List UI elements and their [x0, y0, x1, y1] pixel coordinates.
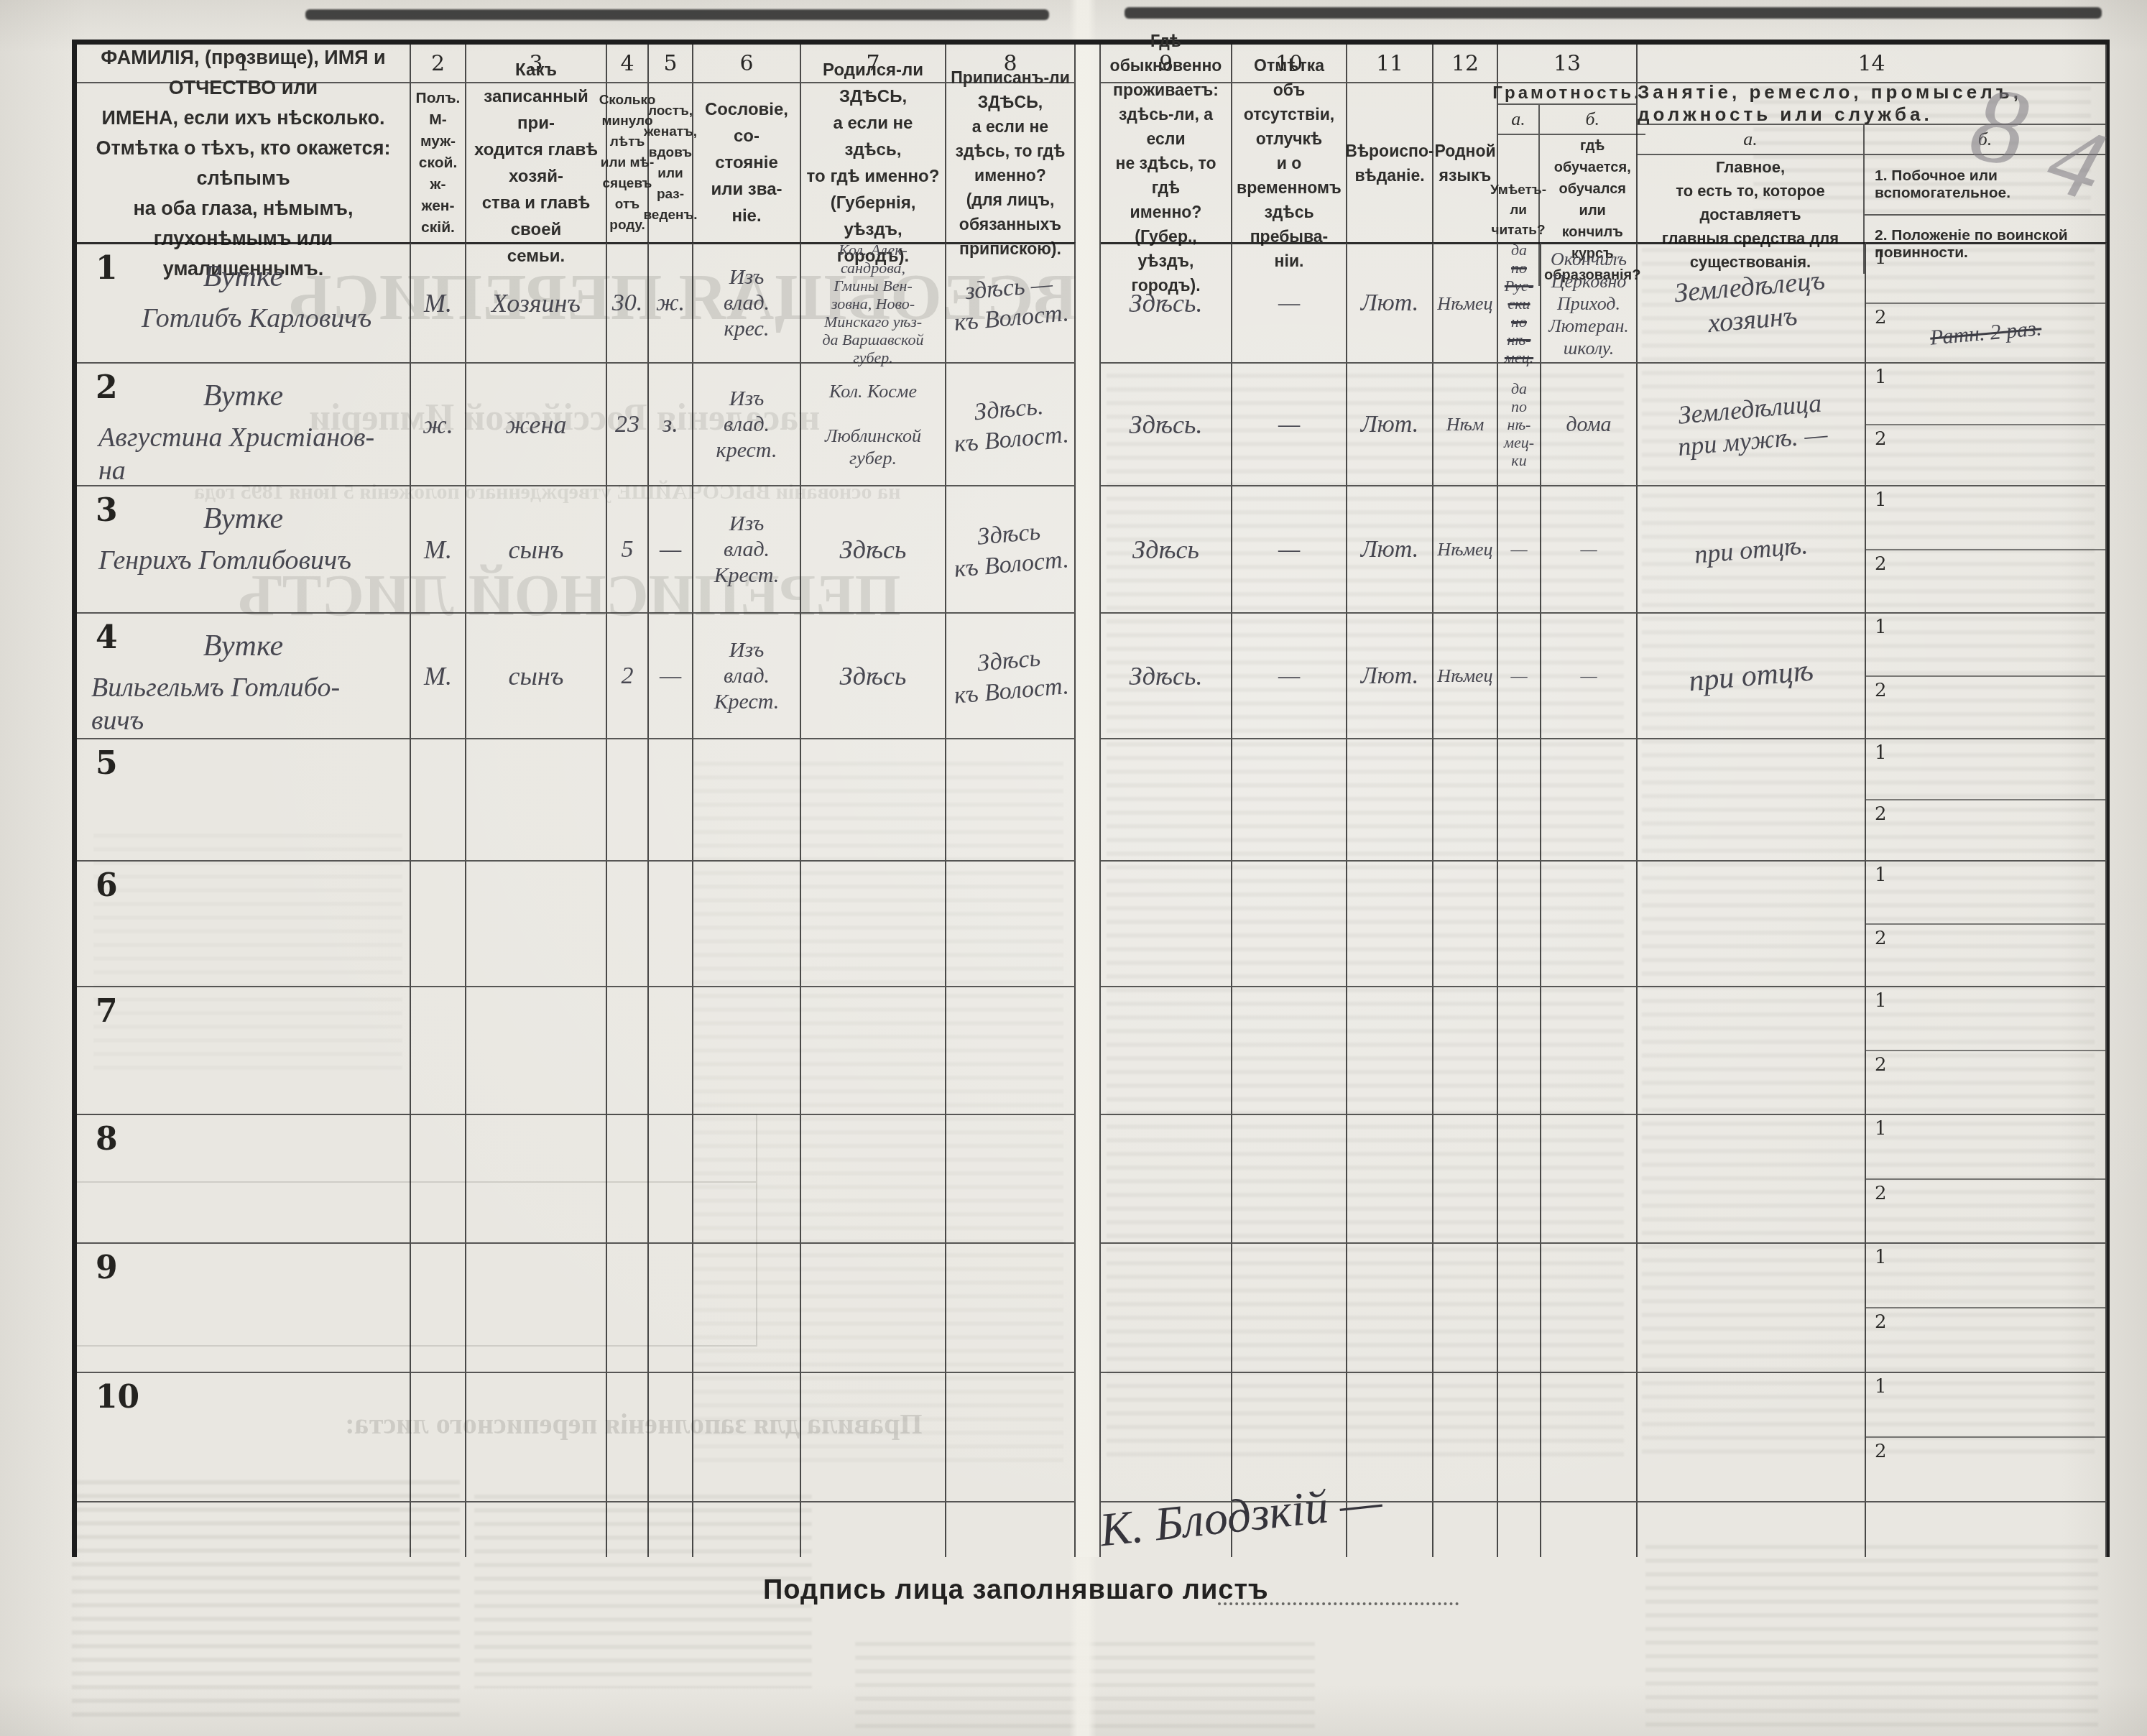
- name-cell: 4 Вутке Вильгельмъ Готлибо- вичъ: [77, 612, 411, 738]
- side-occupation-slot: 1: [1866, 614, 2105, 677]
- side-occupation-slot: 1: [1866, 244, 2105, 304]
- empty-cell: [1232, 1242, 1347, 1372]
- empty-cell: [1433, 738, 1498, 860]
- age-cell: 2: [607, 612, 649, 738]
- language-cell: Нѣмец: [1433, 612, 1498, 738]
- registered-cell: здѣсь — къ Волост.: [946, 242, 1076, 362]
- header-registered: Приписанъ-ли ЗДѢСЬ, а если не здѣсь, то …: [946, 82, 1076, 242]
- slot-label-2: 2: [1875, 1441, 1887, 1462]
- absence-value: —: [1278, 410, 1300, 440]
- empty-cell: [1433, 860, 1498, 986]
- empty-cell: [1101, 860, 1232, 986]
- language-cell: Нѣм: [1433, 362, 1498, 485]
- slot-label-1: 1: [1875, 247, 1887, 269]
- col-num-4: 4: [607, 45, 649, 82]
- empty-cell: [1541, 1242, 1638, 1372]
- header-birthplace: Родился-ли ЗДѢСЬ, а если не здѣсь, то гд…: [801, 82, 946, 242]
- header-row: ФАМИЛІЯ, (прозвище), ИМЯ и ОТЧЕСТВО или …: [77, 82, 2107, 242]
- empty-cell: [693, 860, 801, 986]
- side-occupation-slot: 1: [1866, 987, 2105, 1051]
- empty-cell: [693, 738, 801, 860]
- language-value: Нѣмец: [1437, 292, 1492, 315]
- empty-cell: [801, 1372, 946, 1501]
- relation-value: сынъ: [509, 534, 564, 565]
- literacy-a-label: а.: [1498, 105, 1538, 135]
- slot-label-2: 2: [1875, 928, 1887, 949]
- military-status-slot: 2: [1866, 1051, 2105, 1114]
- fold-gap-cell: [1076, 1114, 1101, 1242]
- header-age: Сколько минуло лѣтъ или мѣ- сяцевъ отъ р…: [607, 82, 649, 242]
- empty-cell: [1101, 1114, 1232, 1242]
- literacy-read-cell: —: [1498, 612, 1541, 738]
- empty-cell: [1433, 1242, 1498, 1372]
- literacy-school-value: дома: [1566, 412, 1611, 438]
- scan-edge-smudge: [1125, 7, 2102, 19]
- empty-cell: [411, 1372, 466, 1501]
- occupation-main-value: при отцѣ: [1687, 652, 1815, 699]
- occupation-main-cell: Земледѣлица при мужѣ. —: [1638, 362, 1866, 485]
- name-cell: 5: [77, 738, 411, 860]
- literacy-title: Грамотность.: [1498, 83, 1636, 105]
- absence-value: —: [1278, 288, 1300, 318]
- empty-cell: [411, 986, 466, 1114]
- fold-gap-cell: [1076, 242, 1101, 362]
- name-cell: 8: [77, 1114, 411, 1242]
- age-cell: 30.: [607, 242, 649, 362]
- slot-label-2: 2: [1875, 1054, 1887, 1076]
- language-value: Нѣмец: [1437, 538, 1492, 560]
- occupation-side-cell: 12: [1866, 860, 2107, 986]
- language-value: Нѣм: [1446, 413, 1485, 435]
- fold-gap-cell: [1076, 1501, 1101, 1557]
- col-num-5: 5: [649, 45, 693, 82]
- header-occupation: Занятіе, ремесло, промыселъ, должность и…: [1638, 82, 2107, 242]
- empty-cell: [649, 1242, 693, 1372]
- language-value: Нѣмец: [1437, 665, 1492, 687]
- row-number: 8: [96, 1121, 118, 1158]
- registered-value: Здѣсь. къ Волост.: [951, 389, 1070, 460]
- occupation-side-cell: 1 2Ратн. 2 раз.: [1866, 242, 2107, 362]
- absence-value: —: [1278, 535, 1300, 565]
- sex-cell: М.: [411, 612, 466, 738]
- literacy-read-value: —: [1510, 538, 1527, 560]
- language-cell: Нѣмец: [1433, 485, 1498, 612]
- relation-cell: сынъ: [466, 612, 607, 738]
- empty-cell: [1101, 986, 1232, 1114]
- slot-label-1: 1: [1875, 1376, 1887, 1398]
- header-estate: Сословіе, со- стояніе или зва- ніе.: [693, 82, 801, 242]
- empty-cell: [946, 860, 1076, 986]
- literacy-school-cell: Окончилъ Церковно Приход. Лютеран. школу…: [1541, 242, 1638, 362]
- military-status-slot: 2: [1866, 1308, 2105, 1372]
- sex-value: М.: [424, 534, 452, 565]
- empty-cell: [801, 1501, 946, 1557]
- sex-value: М.: [424, 287, 452, 319]
- sex-value: ж.: [423, 409, 453, 440]
- language-cell: Нѣмец: [1433, 242, 1498, 362]
- side-occupation-slot: 1: [1866, 364, 2105, 425]
- absence-cell: —: [1232, 362, 1347, 485]
- empty-cell: [607, 1501, 649, 1557]
- birthplace-cell: Здѣсь: [801, 612, 946, 738]
- name-cell: 7: [77, 986, 411, 1114]
- literacy-read-cell: —: [1498, 485, 1541, 612]
- occupation-a-label: а.: [1638, 125, 1863, 155]
- slot-label-2: 2: [1875, 307, 1887, 328]
- empty-cell: [607, 860, 649, 986]
- person-row-3: 3 Вутке Генрихъ Готлибовичъ М. сынъ 5 — …: [77, 485, 2107, 612]
- empty-cell: [1232, 738, 1347, 860]
- person-row-1: 1 Вутке Готлибъ Карловичъ М. Хозяинъ 30.…: [77, 242, 2107, 362]
- slot-label-2: 2: [1875, 1183, 1887, 1204]
- relation-value: Хозяинъ: [491, 287, 581, 319]
- literacy-b-label: б.: [1540, 105, 1645, 135]
- empty-cell: [1638, 738, 1866, 860]
- empty-cell: [411, 860, 466, 986]
- empty-cell: [946, 1372, 1076, 1501]
- person-row-8: 8 12: [77, 1114, 2107, 1242]
- estate-value: Изъ влад. Крест.: [714, 511, 780, 588]
- empty-cell: [693, 1372, 801, 1501]
- literacy-school-value: —: [1580, 538, 1597, 560]
- slot-label-2: 2: [1875, 428, 1887, 450]
- side-occupation-slot: 1: [1866, 1244, 2105, 1308]
- empty-cell: [1232, 986, 1347, 1114]
- fold-gap-cell: [1076, 45, 1101, 82]
- ghost-text-block: [1645, 1545, 2098, 1732]
- estate-cell: Изъ влад. Крест.: [693, 612, 801, 738]
- col-num-14: 14: [1638, 45, 2107, 82]
- residence-value: Здѣсь.: [1130, 660, 1203, 692]
- empty-cell: [801, 860, 946, 986]
- empty-cell: [693, 1501, 801, 1557]
- literacy-read-value: —: [1510, 665, 1527, 687]
- slot-label-1: 1: [1875, 489, 1887, 511]
- empty-cell: [693, 986, 801, 1114]
- occupation-main-cell: при отцѣ: [1638, 612, 1866, 738]
- empty-cell: [1498, 986, 1541, 1114]
- marital-value: ж.: [656, 288, 685, 318]
- marital-value: —: [660, 661, 681, 691]
- sex-cell: М.: [411, 242, 466, 362]
- table-tail-band: [77, 1501, 2107, 1557]
- literacy-school-value: Окончилъ Церковно Приход. Лютеран. школу…: [1548, 248, 1629, 359]
- sex-value: М.: [424, 660, 452, 692]
- census-sheet-scan: { "pencil": {"d1": "8", "d2": "4"}, "gho…: [0, 0, 2147, 1736]
- empty-cell: [1433, 1372, 1498, 1501]
- fold-gap-cell: [1076, 612, 1101, 738]
- literacy-school-cell: —: [1541, 612, 1638, 738]
- military-status-value: Ратн. 2 раз.: [1929, 315, 2043, 351]
- estate-value: Изъ влад. Крест.: [714, 637, 780, 715]
- religion-value: Лют.: [1361, 535, 1418, 565]
- occupation-side-cell: 12: [1866, 1372, 2107, 1501]
- birthplace-cell: Кол. Алек- сандрова, Гмины Вен- зовна, Н…: [801, 242, 946, 362]
- side-occupation-slot: 1: [1866, 862, 2105, 925]
- occupation-side-cell: 1 2: [1866, 612, 2107, 738]
- occupation-main-cell: Земледѣлецъ хозяинъ: [1638, 242, 1866, 362]
- occupation-main-cell: при отцѣ.: [1638, 485, 1866, 612]
- empty-cell: [1541, 738, 1638, 860]
- age-value: 30.: [612, 288, 643, 318]
- military-status-slot: 2: [1866, 1180, 2105, 1243]
- registered-cell: Здѣсь къ Волост.: [946, 485, 1076, 612]
- age-value: 2: [622, 661, 634, 691]
- empty-cell: [1638, 1242, 1866, 1372]
- empty-cell: [801, 1114, 946, 1242]
- empty-cell: [1638, 860, 1866, 986]
- row-number: 1: [96, 250, 118, 287]
- religion-cell: Лют.: [1347, 612, 1433, 738]
- header-language: Родной языкъ: [1433, 82, 1498, 242]
- occupation-main-value: Земледѣлецъ хозяинъ: [1673, 264, 1829, 343]
- absence-cell: —: [1232, 485, 1347, 612]
- religion-cell: Лют.: [1347, 362, 1433, 485]
- empty-cell: [1347, 986, 1433, 1114]
- residence-value: Здѣсь.: [1130, 287, 1203, 319]
- religion-value: Лют.: [1361, 410, 1418, 440]
- given-name-handwriting: Августина Христіанов- на: [77, 421, 410, 487]
- relation-value: сынъ: [509, 660, 564, 692]
- name-cell: 6: [77, 860, 411, 986]
- given-name-handwriting: Генрихъ Готлибовичъ: [77, 544, 410, 577]
- surname-handwriting: Вутке: [77, 259, 410, 295]
- empty-cell: [1541, 1501, 1638, 1557]
- surname-handwriting: Вутке: [77, 501, 410, 537]
- row-number: 3: [96, 492, 118, 529]
- empty-cell: [1498, 738, 1541, 860]
- empty-cell: [1498, 1372, 1541, 1501]
- occupation-main-value: Земледѣлица при мужѣ. —: [1673, 387, 1828, 463]
- religion-cell: Лют.: [1347, 242, 1433, 362]
- slot-label-1: 1: [1875, 366, 1887, 388]
- name-cell: 9: [77, 1242, 411, 1372]
- col-num-6: 6: [693, 45, 801, 82]
- military-status-slot: 2: [1866, 425, 2105, 486]
- slot-label-2: 2: [1875, 680, 1887, 701]
- slot-label-2: 2: [1875, 553, 1887, 575]
- residence-value: Здѣсь.: [1130, 409, 1203, 440]
- empty-cell: [1498, 1501, 1541, 1557]
- absence-cell: —: [1232, 612, 1347, 738]
- empty-cell: [607, 738, 649, 860]
- slot-label-1: 1: [1875, 742, 1887, 764]
- estate-cell: Изъ влад. крес.: [693, 242, 801, 362]
- military-status-slot: 2: [1866, 550, 2105, 613]
- military-status-slot: 2: [1866, 677, 2105, 739]
- residence-cell: Здѣсь.: [1101, 612, 1232, 738]
- marital-value: з.: [662, 410, 678, 440]
- literacy-read-value: да по Рус- ски но нѣ- мец.: [1505, 241, 1533, 366]
- empty-cell: [466, 1372, 607, 1501]
- sex-cell: М.: [411, 485, 466, 612]
- person-row-6: 6 12: [77, 860, 2107, 986]
- col-num-11: 11: [1347, 45, 1433, 82]
- empty-cell: [1498, 1114, 1541, 1242]
- empty-cell: [1433, 1501, 1498, 1557]
- slot-label-1: 1: [1875, 990, 1887, 1012]
- empty-cell: [946, 1242, 1076, 1372]
- fold-gap-cell: [1076, 986, 1101, 1114]
- empty-cell: [946, 1114, 1076, 1242]
- empty-cell: [1541, 986, 1638, 1114]
- name-cell: 2 Вутке Августина Христіанов- на: [77, 362, 411, 485]
- empty-cell: [466, 860, 607, 986]
- empty-cell: [1638, 1501, 1866, 1557]
- surname-handwriting: Вутке: [77, 628, 410, 664]
- occupation-side-cell: 12: [1866, 1114, 2107, 1242]
- relation-cell: Хозяинъ: [466, 242, 607, 362]
- empty-cell: [649, 738, 693, 860]
- empty-cell: [801, 738, 946, 860]
- side-occupation-slot: 1: [1866, 486, 2105, 550]
- occupation-title: Занятіе, ремесло, промыселъ, должность и…: [1638, 83, 2105, 125]
- empty-cell: [607, 1372, 649, 1501]
- birthplace-cell: Здѣсь: [801, 485, 946, 612]
- slot-label-2: 2: [1875, 803, 1887, 825]
- empty-cell: [1498, 860, 1541, 986]
- header-name: ФАМИЛІЯ, (прозвище), ИМЯ и ОТЧЕСТВО или …: [77, 82, 411, 242]
- name-cell: 3 Вутке Генрихъ Готлибовичъ: [77, 485, 411, 612]
- empty-cell: [1541, 860, 1638, 986]
- side-occupation-slot: 1: [1866, 1373, 2105, 1438]
- empty-cell: [466, 1242, 607, 1372]
- relation-value: жена: [506, 409, 567, 440]
- empty-cell: [1347, 1114, 1433, 1242]
- occupation-side-cell: 1 2: [1866, 485, 2107, 612]
- row-number: 10: [96, 1379, 139, 1416]
- empty-cell: [946, 738, 1076, 860]
- empty-cell: [649, 1501, 693, 1557]
- marital-cell: з.: [649, 362, 693, 485]
- birthplace-value: Кол. Алек- сандрова, Гмины Вен- зовна, Н…: [822, 241, 923, 366]
- age-value: 5: [622, 535, 634, 565]
- empty-cell: [649, 1372, 693, 1501]
- residence-cell: Здѣсь: [1101, 485, 1232, 612]
- header-literacy: Грамотность. а. Умѣетъ- ли читать? б. гд…: [1498, 82, 1638, 242]
- absence-cell: —: [1232, 242, 1347, 362]
- birthplace-cell: Кол. Косме Люблинской губер.: [801, 362, 946, 485]
- marital-value: —: [660, 535, 681, 565]
- registered-cell: Здѣсь къ Волост.: [946, 612, 1076, 738]
- empty-cell: [77, 1501, 411, 1557]
- literacy-struck-text: по Рус- ски но нѣ- мец.: [1505, 259, 1533, 366]
- age-cell: 23: [607, 362, 649, 485]
- occupation-side-cell: 1 2: [1866, 362, 2107, 485]
- estate-cell: Изъ влад. крест.: [693, 362, 801, 485]
- empty-cell: [1638, 1114, 1866, 1242]
- marital-cell: —: [649, 485, 693, 612]
- military-status-slot: 2: [1866, 800, 2105, 860]
- literacy-school-value: —: [1580, 665, 1597, 687]
- occupation-side-cell: 12: [1866, 1242, 2107, 1372]
- census-table: 1 2 3 4 5 6 7 8 9 10 11 12 13 14 ФАМИЛІЯ…: [72, 40, 2110, 1557]
- col-num-12: 12: [1433, 45, 1498, 82]
- registered-value: здѣсь — къ Волост.: [951, 268, 1070, 338]
- empty-cell: [1347, 860, 1433, 986]
- row-number: 4: [96, 619, 118, 656]
- empty-cell: [801, 986, 946, 1114]
- empty-cell: [1433, 986, 1498, 1114]
- occupation-side-cell: 12: [1866, 738, 2107, 860]
- header-sex: Полъ. М-муж- ской. ж-жен- скій.: [411, 82, 466, 242]
- empty-cell: [946, 1501, 1076, 1557]
- empty-cell: [466, 986, 607, 1114]
- fold-gap-cell: [1076, 82, 1101, 242]
- fold-gap-cell: [1076, 860, 1101, 986]
- empty-cell: [466, 1501, 607, 1557]
- registered-value: Здѣсь къ Волост.: [951, 514, 1070, 585]
- col-num-13: 13: [1498, 45, 1638, 82]
- fold-gap-cell: [1076, 485, 1101, 612]
- military-status-slot: 2Ратн. 2 раз.: [1866, 304, 2105, 362]
- literacy-school-cell: дома: [1541, 362, 1638, 485]
- row-number: 6: [96, 867, 118, 904]
- literacy-school-cell: —: [1541, 485, 1638, 612]
- estate-value: Изъ влад. крест.: [716, 386, 777, 463]
- empty-cell: [693, 1242, 801, 1372]
- empty-cell: [411, 738, 466, 860]
- empty-cell: [411, 1242, 466, 1372]
- literacy-yes: да: [1511, 241, 1527, 259]
- estate-value: Изъ влад. крес.: [724, 264, 770, 342]
- fold-gap-cell: [1076, 738, 1101, 860]
- empty-cell: [466, 1114, 607, 1242]
- row-number: 2: [96, 369, 118, 406]
- religion-value: Лют.: [1361, 661, 1418, 691]
- empty-cell: [1232, 860, 1347, 986]
- scan-edge-smudge: [305, 9, 1049, 20]
- given-name-handwriting: Вильгельмъ Готлибо- вичъ: [77, 671, 410, 737]
- side-occupation-slot: 1: [1866, 1115, 2105, 1180]
- sex-cell: ж.: [411, 362, 466, 485]
- col-num-2: 2: [411, 45, 466, 82]
- empty-cell: [1347, 1242, 1433, 1372]
- empty-cell: [1638, 1372, 1866, 1501]
- religion-value: Лют.: [1361, 288, 1418, 318]
- header-religion: Вѣроиспо- вѣданіе.: [1347, 82, 1433, 242]
- fold-gap-cell: [1076, 1372, 1101, 1501]
- residence-cell: Здѣсь.: [1101, 362, 1232, 485]
- empty-cell: [1101, 1242, 1232, 1372]
- birthplace-value: Здѣсь: [840, 660, 907, 692]
- header-absence: Отмѣтка объ отсутствіи, отлучкѣ и о врем…: [1232, 82, 1347, 242]
- name-cell: 1 Вутке Готлибъ Карловичъ: [77, 242, 411, 362]
- person-row-9: 9 12: [77, 1242, 2107, 1372]
- surname-handwriting: Вутке: [77, 378, 410, 414]
- military-status-slot: 2: [1866, 925, 2105, 987]
- slot-label-1: 1: [1875, 1247, 1887, 1268]
- occupation-side-cell: 12: [1866, 986, 2107, 1114]
- row-number: 9: [96, 1250, 118, 1286]
- residence-value: Здѣсь: [1132, 534, 1199, 565]
- relation-cell: сынъ: [466, 485, 607, 612]
- estate-cell: Изъ влад. Крест.: [693, 485, 801, 612]
- absence-value: —: [1278, 661, 1300, 691]
- empty-cell: [649, 1114, 693, 1242]
- empty-cell: [466, 738, 607, 860]
- empty-cell: [1101, 738, 1232, 860]
- empty-cell: [607, 1242, 649, 1372]
- empty-cell: [1498, 1242, 1541, 1372]
- empty-cell: [607, 1114, 649, 1242]
- slot-label-2: 2: [1875, 1311, 1887, 1333]
- age-cell: 5: [607, 485, 649, 612]
- empty-cell: [1638, 986, 1866, 1114]
- empty-cell: [607, 986, 649, 1114]
- signature-label: Подпись лица заполнявшаго листъ: [763, 1575, 1269, 1606]
- side-occupation-slot: 1: [1866, 739, 2105, 800]
